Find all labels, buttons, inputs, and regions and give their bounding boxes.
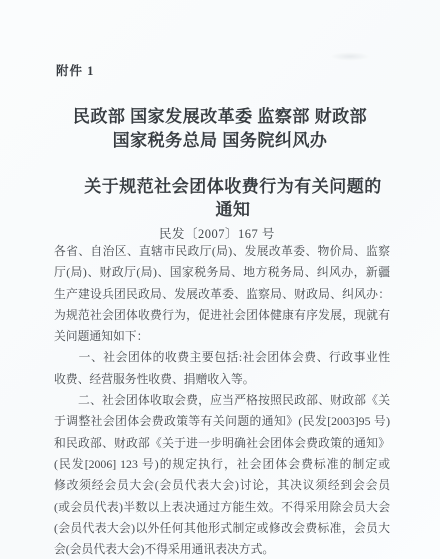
issuing-agencies: 民政部 国家发展改革委 监察部 财政部 国家税务总局 国务院纠风办 xyxy=(0,105,440,152)
body-line: (或会员代表)半数以上表决通过方能生效。不得采用除会员大会 xyxy=(54,497,390,518)
document-page: 附件 1 民政部 国家发展改革委 监察部 财政部 国家税务总局 国务院纠风办 关… xyxy=(0,0,440,559)
issuers-line-2: 国家税务总局 国务院纠风办 xyxy=(0,129,440,153)
body-line: 生产建设兵团民政局、发展改革委、监察局、财政局、纠风办： xyxy=(54,284,390,305)
scan-smudge xyxy=(330,52,370,61)
body-line: 和民政部、财政部《关于进一步明确社会团体会费政策的通知》 xyxy=(54,433,390,454)
body-line: 关问题通知如下： xyxy=(54,326,390,347)
body-line: 于调整社会团体会费政策等有关问题的通知》(民发[2003]95 号) xyxy=(54,411,390,432)
body-line: 各省、自治区、直辖市民政厅(局)、发展改革委、物价局、监察 xyxy=(54,241,390,262)
document-number: 民发〔2007〕167 号 xyxy=(0,224,434,242)
body-line: 修改须经会员大会(会员代表大会)讨论，其决议须经到会会员 xyxy=(54,475,390,496)
issuers-line-1: 民政部 国家发展改革委 监察部 财政部 xyxy=(0,105,440,129)
title-line-2: 通知 xyxy=(26,199,440,222)
body-line: 二、社会团体收取会费，应当严格按照民政部、财政部《关 xyxy=(54,390,390,411)
document-body: 各省、自治区、直辖市民政厅(局)、发展改革委、物价局、监察 厅(局)、财政厅(局… xyxy=(54,241,390,559)
body-line: 一、社会团体的收费主要包括:社会团体会费、行政事业性 xyxy=(54,347,390,368)
body-line: 为规范社会团体收费行为，促进社会团体健康有序发展，现就有 xyxy=(54,305,390,326)
body-line: 会(会员代表大会)不得采用通讯表决方式。 xyxy=(54,539,390,559)
body-line: 收费、经营服务性收费、捐赠收入等。 xyxy=(54,369,390,390)
attachment-label: 附件 1 xyxy=(56,61,94,79)
body-line: 厅(局)、财政厅(局)、国家税务局、地方税务局、纠风办，新疆 xyxy=(54,262,390,283)
title-line-1: 关于规范社会团体收费行为有关问题的 xyxy=(26,176,440,199)
document-title: 关于规范社会团体收费行为有关问题的 通知 xyxy=(26,176,440,221)
body-line: (民发[2006] 123 号)的规定执行，社会团体会费标准的制定或 xyxy=(54,454,390,475)
body-line: (会员代表大会)以外任何其他形式制定或修改会费标准，会员大 xyxy=(54,518,390,539)
